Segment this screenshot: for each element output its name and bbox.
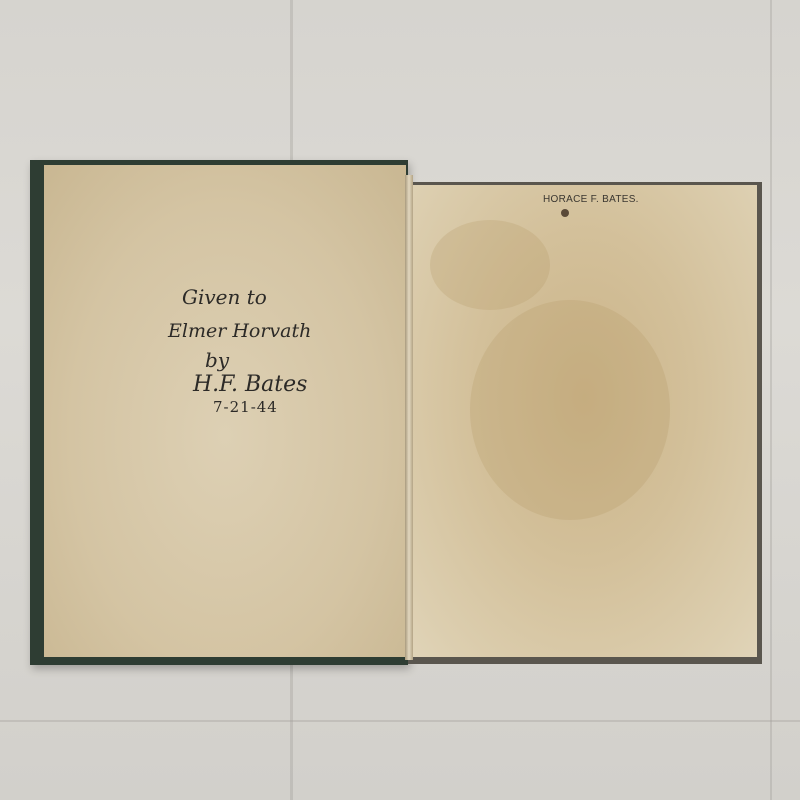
inscription-signature: H.F. Bates: [193, 372, 307, 397]
page-hole: [561, 209, 569, 217]
inscription-date: 7-21-44: [213, 398, 278, 416]
inscription-line: Given to: [182, 285, 267, 309]
foxing-stain: [430, 220, 550, 310]
cloth-fold: [0, 720, 800, 722]
foxing-stain: [470, 300, 670, 520]
book-gutter: [405, 175, 413, 660]
inscription-line: by: [205, 348, 229, 372]
owner-stamp: HORACE F. BATES.: [543, 194, 639, 205]
inscription-line: Elmer Horvath: [168, 320, 311, 342]
cloth-fold: [770, 0, 772, 800]
